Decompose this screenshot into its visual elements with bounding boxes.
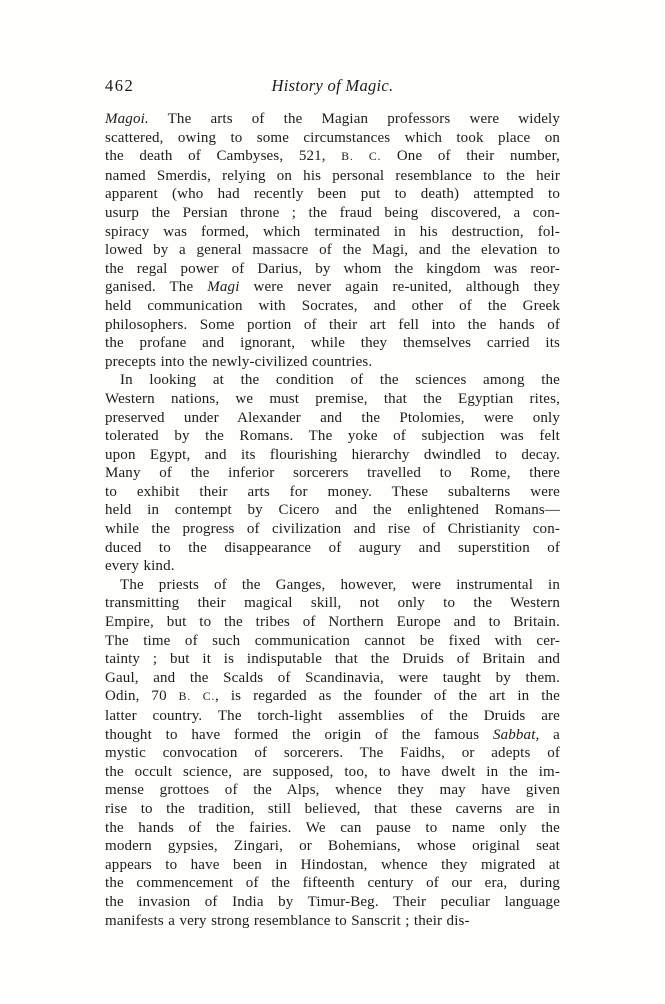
paragraph: Magoi. The arts of the Magian professors… [105, 110, 560, 371]
text-line: The priests of the Ganges, however, were… [105, 576, 560, 595]
italic-text: Sabbat, [493, 727, 539, 743]
text-line: scattered, owing to some circumstances w… [105, 129, 560, 148]
text-line: latter country. The torch-light assembli… [105, 707, 560, 726]
text-line: philosophers. Some portion of their art … [105, 316, 560, 335]
text-line: Gaul, and the Scalds of Scandinavia, wer… [105, 669, 560, 688]
small-caps-text: B. C. [341, 150, 381, 163]
text-line: held communication with Socrates, and ot… [105, 297, 560, 316]
text-line: In looking at the condition of the scien… [105, 371, 560, 390]
paragraph: In looking at the condition of the scien… [105, 371, 560, 576]
text-line: while the progress of civilization and r… [105, 520, 560, 539]
text-line: the occult science, are supposed, too, t… [105, 763, 560, 782]
text-line: manifests a very strong resemblance to S… [105, 912, 560, 931]
text-line: mystic convocation of sorcerers. The Fai… [105, 744, 560, 763]
text-line: the commencement of the fifteenth centur… [105, 874, 560, 893]
page-body: Magoi. The arts of the Magian professors… [105, 110, 560, 930]
text-line: mense grottoes of the Alps, whence they … [105, 781, 560, 800]
page-number: 462 [105, 76, 134, 95]
text-line: upon Egypt, and its flourishing hierarch… [105, 446, 560, 465]
text-line: spiracy was formed, which terminated in … [105, 223, 560, 242]
italic-text: Magoi. [105, 111, 149, 127]
text-line: the death of Cambyses, 521, B. C. One of… [105, 147, 560, 167]
page-header: 462 History of Magic. [105, 76, 560, 95]
text-line: Empire, but to the tribes of Northern Eu… [105, 613, 560, 632]
text-line: preserved under Alexander and the Ptolom… [105, 409, 560, 428]
text-line: Western nations, we must premise, that t… [105, 390, 560, 409]
text-line: the profane and ignorant, while they the… [105, 334, 560, 353]
text-line: appears to have been in Hindostan, whenc… [105, 856, 560, 875]
text-line: the regal power of Darius, by whom the k… [105, 260, 560, 279]
text-line: duced to the disappearance of augury and… [105, 539, 560, 558]
paragraph: The priests of the Ganges, however, were… [105, 576, 560, 930]
text-line: The time of such communication cannot be… [105, 632, 560, 651]
text-line: thought to have formed the origin of the… [105, 726, 560, 745]
text-line: transmitting their magical skill, not on… [105, 594, 560, 613]
running-title: History of Magic. [105, 76, 560, 95]
text-line: usurp the Persian throne ; the fraud bei… [105, 204, 560, 223]
text-line: Odin, 70 B. C., is regarded as the found… [105, 687, 560, 707]
text-line: named Smerdis, relying on his personal r… [105, 167, 560, 186]
text-line: rise to the tradition, still believed, t… [105, 800, 560, 819]
book-page: 462 History of Magic. Magoi. The arts of… [0, 0, 665, 1004]
text-line: tainty ; but it is indisputable that the… [105, 650, 560, 669]
text-column: 462 History of Magic. Magoi. The arts of… [105, 76, 560, 930]
text-line: held in contempt by Cicero and the enlig… [105, 501, 560, 520]
italic-text: Magi [207, 279, 239, 295]
text-line: Magoi. The arts of the Magian professors… [105, 110, 560, 129]
text-line: ganised. The Magi were never again re-un… [105, 278, 560, 297]
text-line: to exhibit their arts for money. These s… [105, 483, 560, 502]
text-line: the invasion of India by Timur-Beg. Thei… [105, 893, 560, 912]
text-line: precepts into the newly-civilized countr… [105, 353, 560, 372]
text-line: every kind. [105, 557, 560, 576]
text-line: tolerated by the Romans. The yoke of sub… [105, 427, 560, 446]
text-line: lowed by a general massacre of the Magi,… [105, 241, 560, 260]
small-caps-text: B. C. [179, 690, 215, 703]
text-line: the hands of the fairies. We can pause t… [105, 819, 560, 838]
text-line: apparent (who had recently been put to d… [105, 185, 560, 204]
text-line: Many of the inferior sorcerers travelled… [105, 464, 560, 483]
text-line: modern gypsies, Zingari, or Bohemians, w… [105, 837, 560, 856]
